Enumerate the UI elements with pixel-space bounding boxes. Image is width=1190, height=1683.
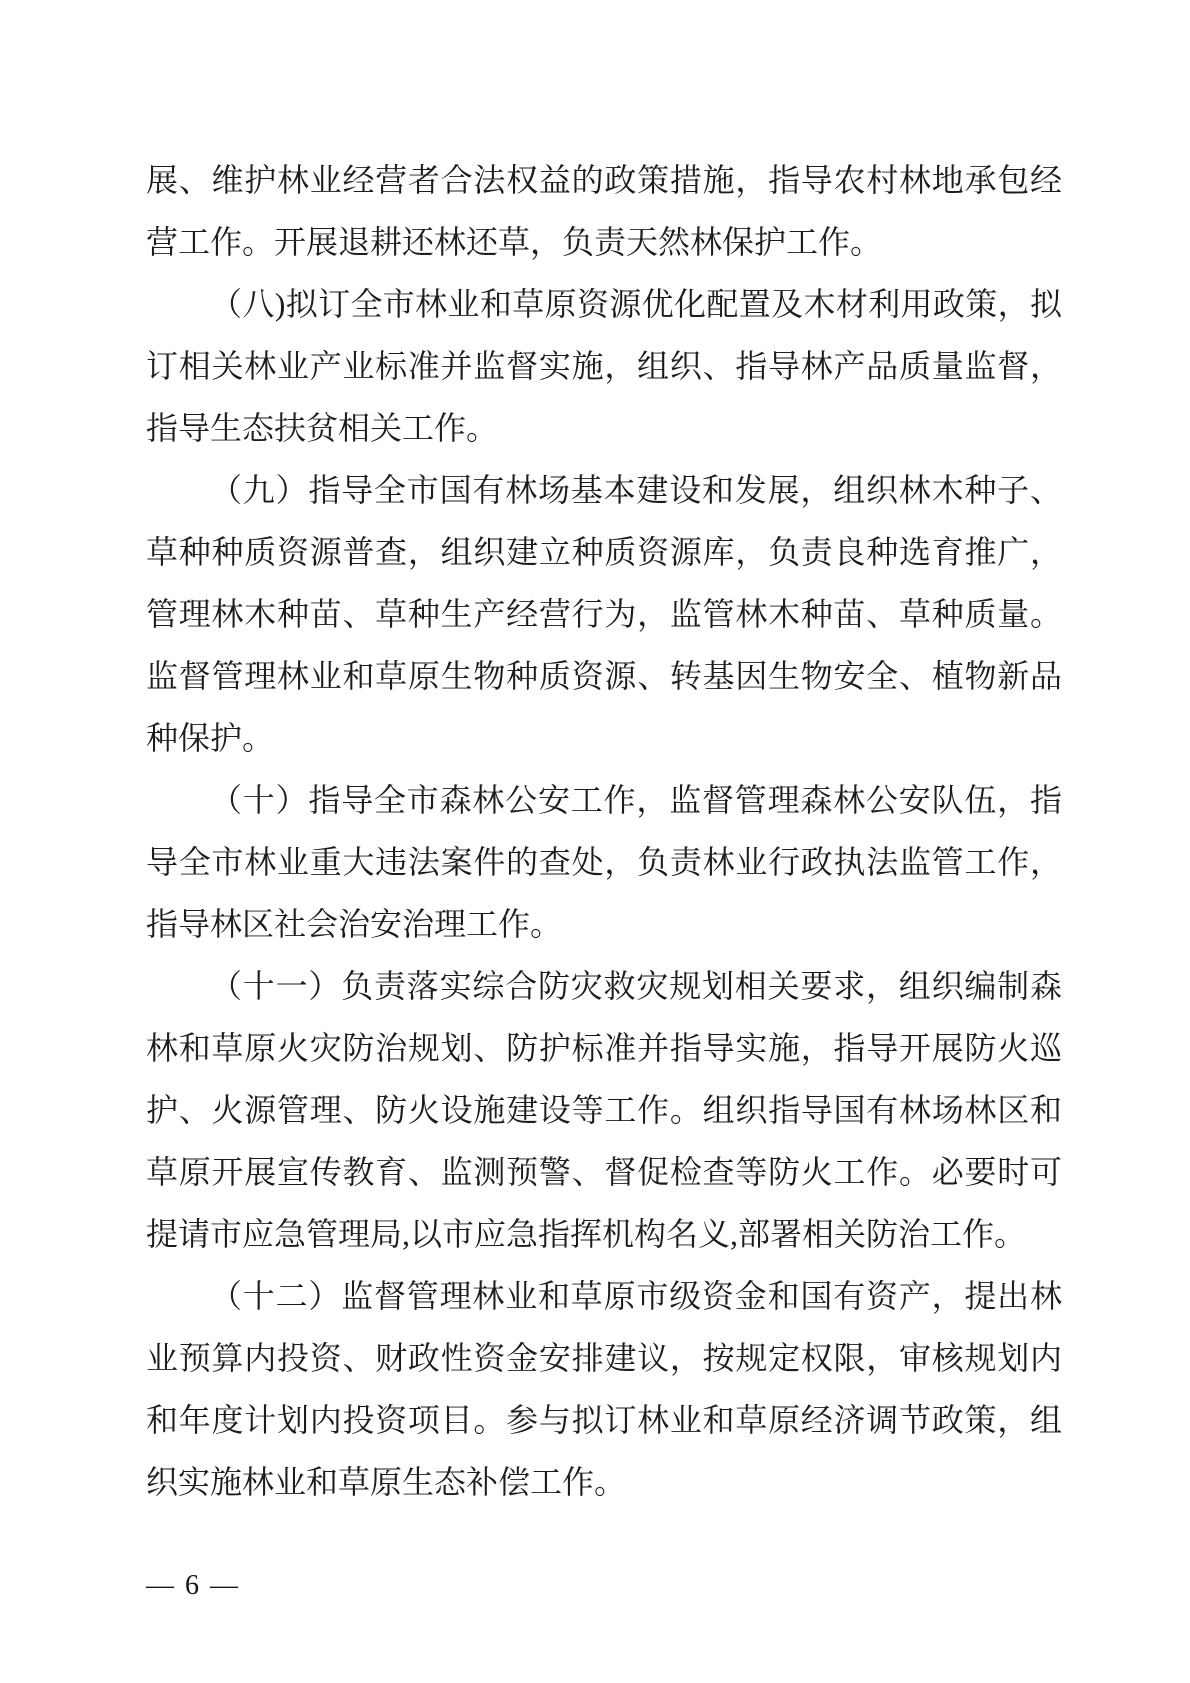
paragraph-continuation: 展、维护林业经营者合法权益的政策措施，指导农村林地承包经营工作。开展退耕还林还草…: [146, 149, 1062, 273]
paragraph-item-12: （十二）监督管理林业和草原市级资金和国有资产，提出林业预算内投资、财政性资金安排…: [146, 1265, 1062, 1513]
page-number: — 6 —: [146, 1570, 240, 1601]
paragraph-item-11: （十一）负责落实综合防灾救灾规划相关要求，组织编制森林和草原火灾防治规划、防护标…: [146, 955, 1062, 1265]
paragraph-item-8: （八)拟订全市林业和草原资源优化配置及木材利用政策，拟订相关林业产业标准并监督实…: [146, 273, 1062, 459]
paragraph-item-10: （十）指导全市森林公安工作，监督管理森林公安队伍，指导全市林业重大违法案件的查处…: [146, 769, 1062, 955]
paragraph-item-9: （九）指导全市国有林场基本建设和发展，组织林木种子、草种种质资源普查，组织建立种…: [146, 459, 1062, 769]
document-body: 展、维护林业经营者合法权益的政策措施，指导农村林地承包经营工作。开展退耕还林还草…: [146, 149, 1062, 1513]
document-page: 展、维护林业经营者合法权益的政策措施，指导农村林地承包经营工作。开展退耕还林还草…: [0, 0, 1190, 1683]
page-footer: — 6 —: [146, 1570, 240, 1602]
